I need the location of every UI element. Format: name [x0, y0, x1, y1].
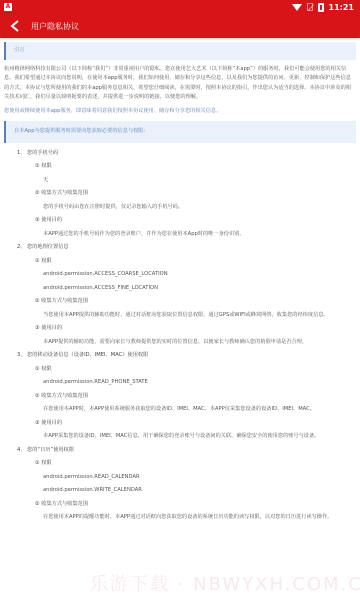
subsection-label: ② 收集方式与收集范围	[35, 392, 356, 402]
subsection-label: ② 收集方式与收集范围	[35, 500, 356, 510]
subsection-text: 本APP通过您的手机号码作为您的登录账户，并作为您在使用本App时的唯一身份识别…	[43, 230, 356, 240]
consent-paragraph: 您使用或继续使用本app服务，即意味着同意我们按照本协议使用、储存和分享您的相关…	[4, 107, 356, 117]
permissions-notice: 在本App为您提供服务时需要向您获取必要的信息与权限:	[4, 121, 356, 143]
subsection-label: ② 收集方式与收集范围	[35, 189, 356, 199]
subsection-text: android.permission.READ_PHONE_STATE	[43, 378, 356, 388]
subsection-label: ② 收集方式与收集范围	[35, 297, 356, 307]
intro-paragraph: 杭州精择网络科技有限公司（以下简称“我们”）非常重视用户的隐私。您在使用艺大艺术…	[4, 65, 356, 103]
page-title: 用户隐私协议	[31, 21, 79, 32]
app-bar: 用户隐私协议	[0, 14, 360, 38]
subsection-text: 在您使用本APP的提醒功能时，本APP通过对话框向您获取您的设备的系统日历功能的…	[43, 513, 356, 523]
permission-section: 1、您的手机号码① 权限无② 收集方式与收集范围您的手机号码由您在注册时提供，仅…	[17, 149, 356, 240]
subsection-text: 无	[43, 176, 356, 186]
permission-section: 3、您的移动设备信息（设备ID、IMEI、MAC）使用权限① 权限android…	[17, 351, 356, 442]
status-bar: A 11:21	[0, 0, 360, 14]
back-button[interactable]	[8, 19, 22, 33]
watermark: 乐游下载 · NBWYXH.COM.CN	[90, 570, 360, 596]
section-title: 1、您的手机号码	[17, 149, 356, 159]
subsection-label: ① 权限	[35, 257, 356, 267]
subsection-label: ① 权限	[35, 459, 356, 469]
notification-icon: A	[4, 3, 12, 11]
subsection-text: 本APP采集您的设备ID、IMEI、MAC信息，用于确保您的登录账号与设备间的关…	[43, 432, 356, 442]
quote-block: 引言	[4, 42, 356, 60]
status-icons: 11:21	[292, 3, 354, 12]
wifi-icon	[292, 4, 302, 11]
chevron-left-icon	[10, 20, 20, 32]
subsection-text: 本APP提供的辅助功能，需要向家长与教师提供您的实时的位置信息，以便家长与教师确…	[43, 338, 356, 348]
permission-sections: 1、您的手机号码① 权限无② 收集方式与收集范围您的手机号码由您在注册时提供，仅…	[4, 149, 356, 523]
permission-section: 4、您的“日历”使用权限① 权限android.permission.READ_…	[17, 446, 356, 523]
section-title-text: 您的移动设备信息（设备ID、IMEI、MAC）使用权限	[27, 352, 148, 358]
subsection-text: 在您使用本APP时，本APP使用系统服务获取您的设备ID、IMEI、MAC。本A…	[43, 405, 356, 415]
section-title-text: 您的手机号码	[27, 150, 58, 156]
agreement-content[interactable]: 引言 杭州精择网络科技有限公司（以下简称“我们”）非常重视用户的隐私。您在使用艺…	[0, 38, 360, 523]
subsection-text: android.permission.READ_CALENDAR	[43, 473, 356, 483]
subsection-text: 您的手机号码由您在注册时提供，仅记录您输入的手机号码。	[43, 203, 356, 213]
battery-icon	[318, 3, 324, 12]
section-title-text: 您的地理位置信息	[27, 244, 69, 250]
subsection-text: android.permission.ACCESS_COARSE_LOCATIO…	[43, 270, 356, 280]
section-number: 1、	[17, 149, 27, 159]
subsection-text: 当您使用本APP提供的辅助功能时，通过对话框向您获取位置信息权限，通过GPS或W…	[43, 311, 356, 321]
section-number: 2、	[17, 243, 27, 253]
no-sim-icon	[307, 3, 313, 11]
permission-section: 2、您的地理位置信息① 权限android.permission.ACCESS_…	[17, 243, 356, 347]
section-title: 4、您的“日历”使用权限	[17, 446, 356, 456]
section-title-text: 您的“日历”使用权限	[27, 447, 74, 453]
subsection-label: ③ 使用目的	[35, 419, 356, 429]
subsection-label: ③ 使用目的	[35, 216, 356, 226]
subsection-label: ① 权限	[35, 162, 356, 172]
subsection-label: ③ 使用目的	[35, 324, 356, 334]
subsection-text: android.permission.WRITE_CALENDAR	[43, 486, 356, 496]
subsection-text: android.permission.ACCESS_FINE_LOCATION	[43, 284, 356, 294]
section-number: 4、	[17, 446, 27, 456]
subsection-label: ① 权限	[35, 365, 356, 375]
section-number: 3、	[17, 351, 27, 361]
clock: 11:21	[329, 3, 354, 12]
section-title: 3、您的移动设备信息（设备ID、IMEI、MAC）使用权限	[17, 351, 356, 361]
section-title: 2、您的地理位置信息	[17, 243, 356, 253]
